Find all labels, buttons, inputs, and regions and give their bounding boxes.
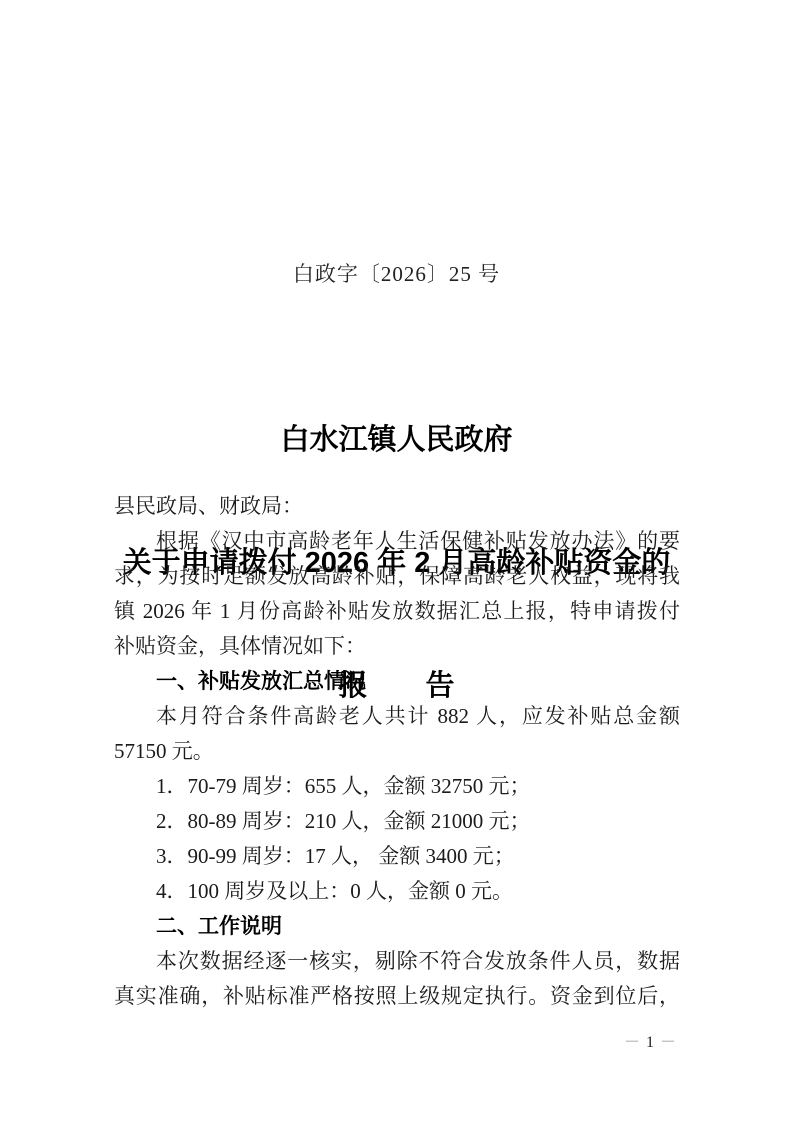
document-title-line-1: 白水江镇人民政府 xyxy=(0,420,793,461)
body-line: 本月符合条件高龄老人共计 882 人，应发补贴总金额 xyxy=(114,699,680,734)
page-number-left-dash: － xyxy=(624,1034,640,1051)
body-line: 57150 元。 xyxy=(114,734,680,769)
section-heading-1: 一、补贴发放汇总情况 xyxy=(114,664,680,699)
salutation-line: 县民政局、财政局： xyxy=(114,489,680,524)
body-line: 根据《汉中市高龄老年人生活保健补贴发放办法》的要 xyxy=(114,524,680,559)
page-number-value: 1 xyxy=(640,1034,660,1051)
body-line: 补贴资金，具体情况如下： xyxy=(114,629,680,664)
list-item-4: 4．100 周岁及以上：0 人，金额 0 元。 xyxy=(114,874,680,909)
body-line: 真实准确，补贴标准严格按照上级规定执行。资金到位后， xyxy=(114,979,680,1014)
doc-number: 白政字〔2026〕25 号 xyxy=(0,260,793,288)
document-page: 白政字〔2026〕25 号 白水江镇人民政府 关于申请拨付 2026 年 2 月… xyxy=(0,0,793,1122)
list-item-3: 3．90-99 周岁：17 人， 金额 3400 元； xyxy=(114,839,680,874)
section-heading-2: 二、工作说明 xyxy=(114,909,680,944)
body-line: 镇 2026 年 1 月份高龄补贴发放数据汇总上报，特申请拨付 xyxy=(114,594,680,629)
body-line: 求，为按时足额发放高龄补贴，保障高龄老人权益，现将我 xyxy=(114,559,680,594)
document-body: 县民政局、财政局： 根据《汉中市高龄老年人生活保健补贴发放办法》的要 求，为按时… xyxy=(114,489,680,1014)
body-line: 本次数据经逐一核实，剔除不符合发放条件人员，数据 xyxy=(114,944,680,979)
list-item-1: 1．70-79 周岁：655 人，金额 32750 元； xyxy=(114,769,680,804)
page-number-right-dash: － xyxy=(660,1034,676,1051)
page-number: －1－ xyxy=(600,1033,700,1053)
list-item-2: 2．80-89 周岁：210 人，金额 21000 元； xyxy=(114,804,680,839)
